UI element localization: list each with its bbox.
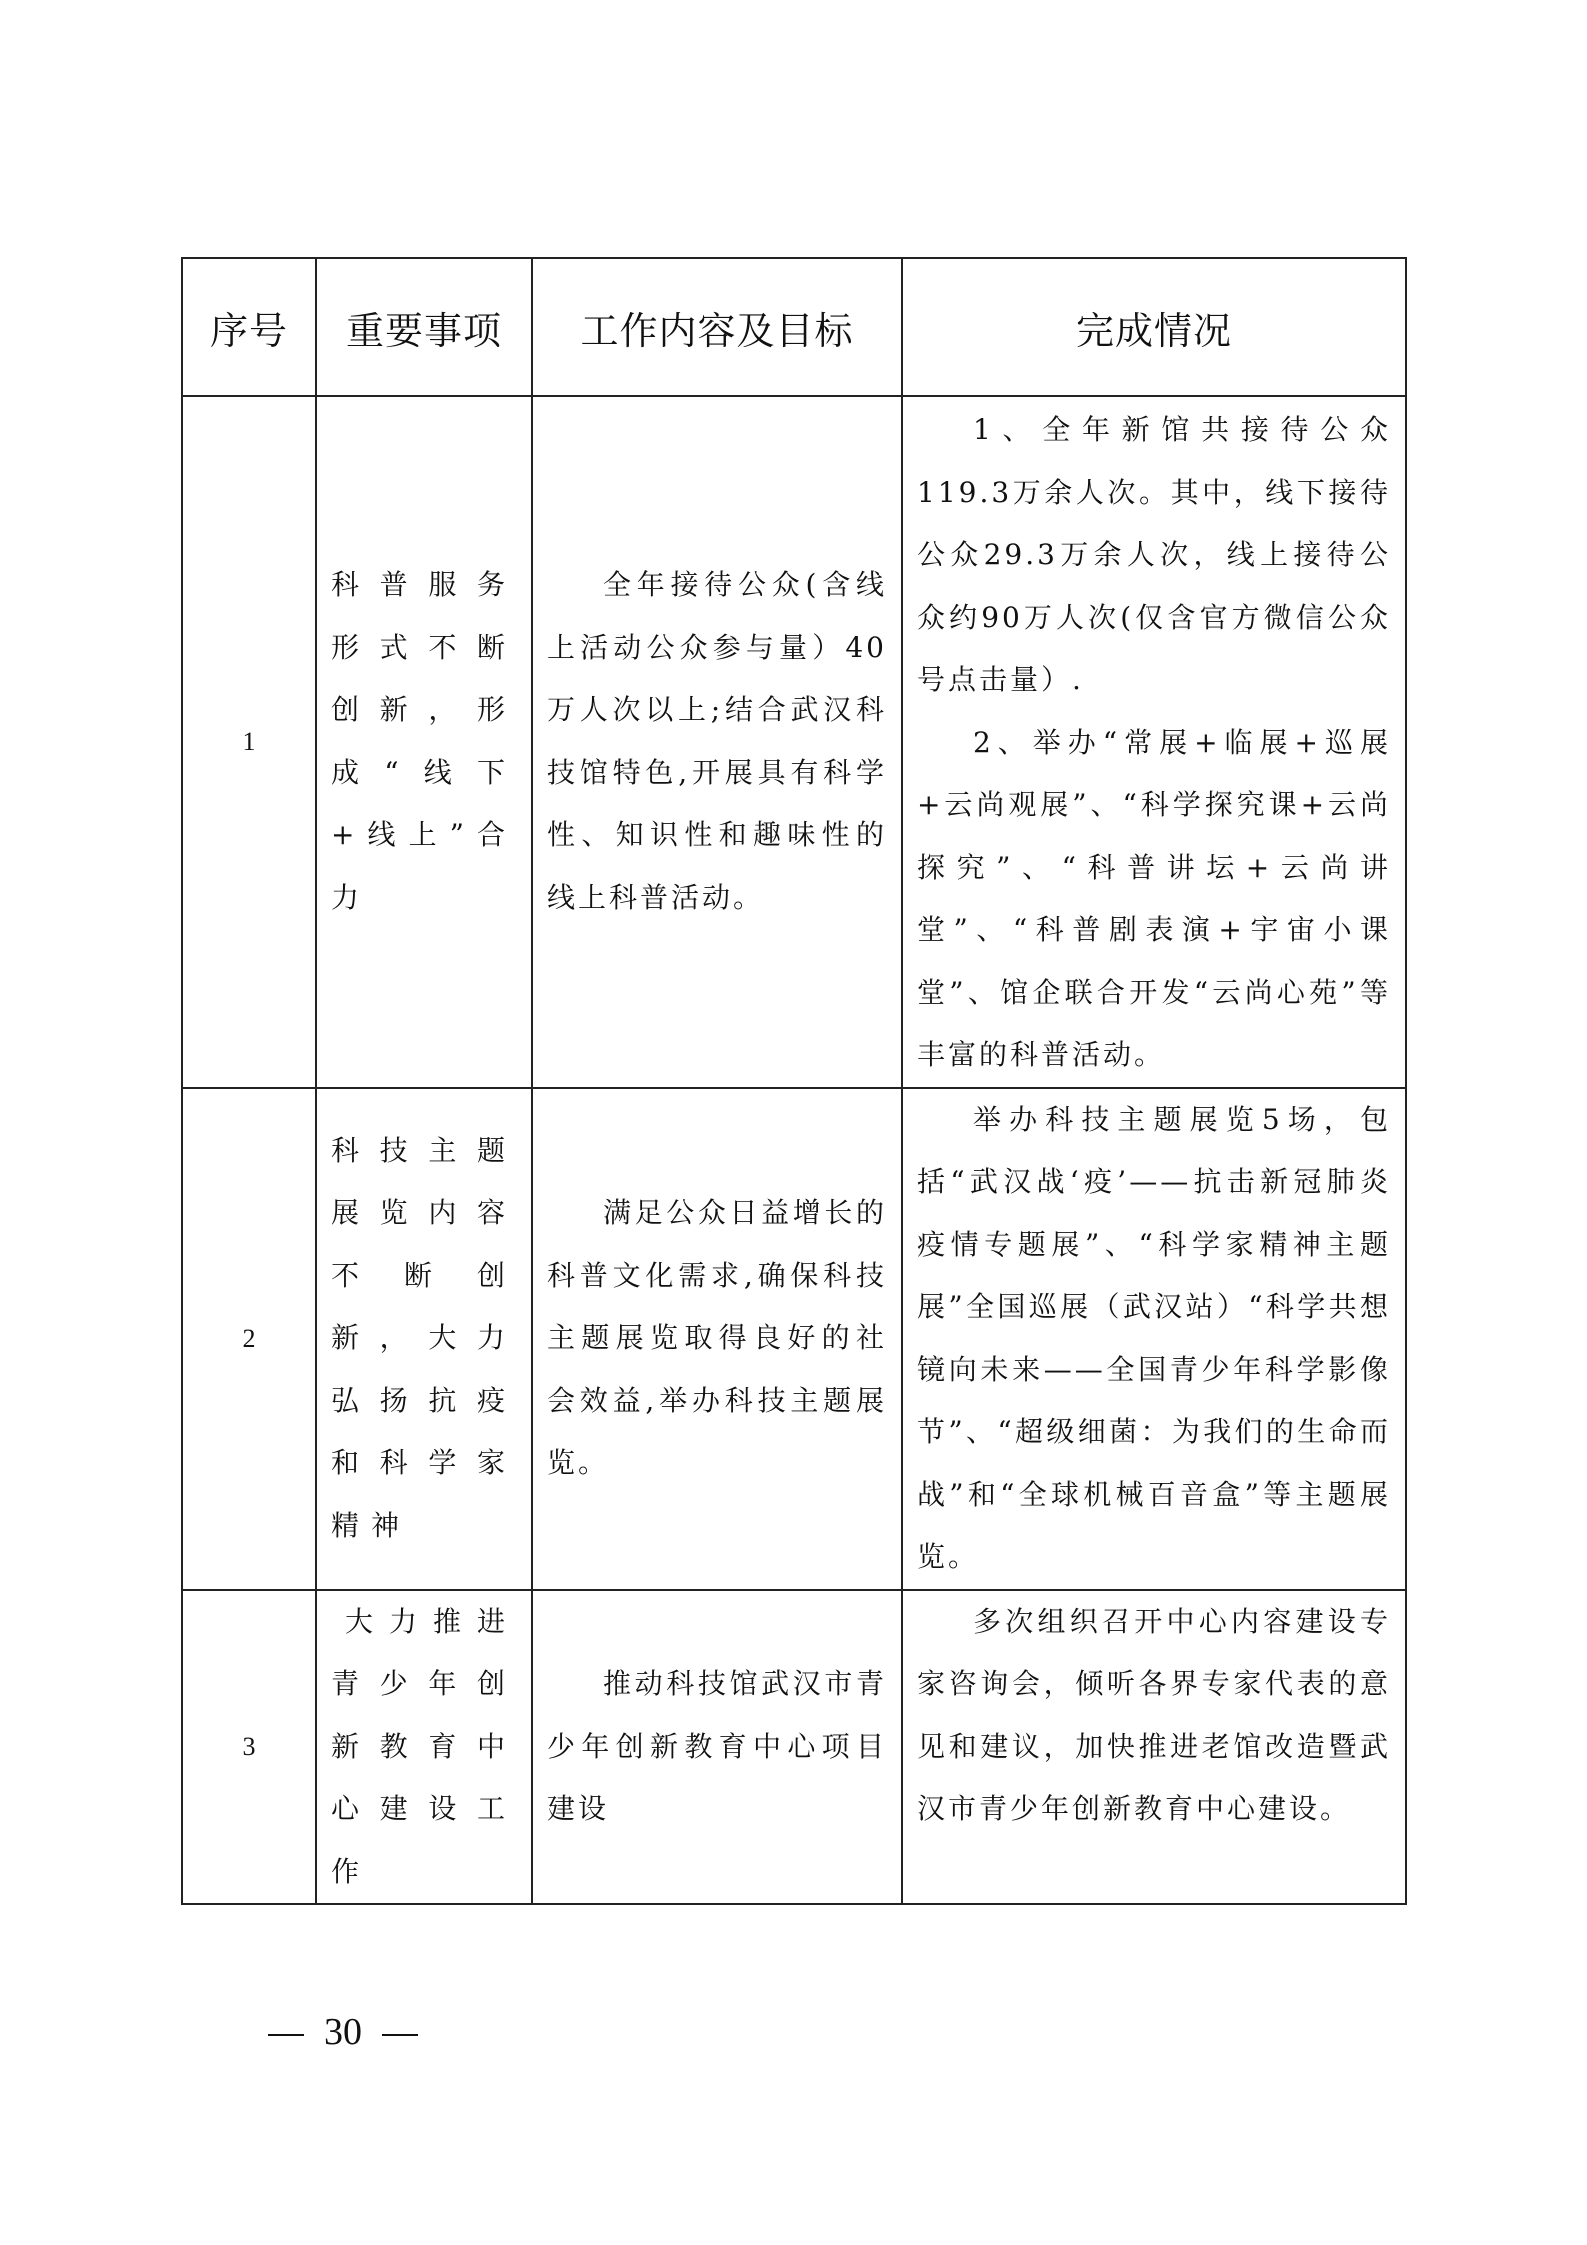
dash-right xyxy=(382,2034,418,2036)
page-number: 30 xyxy=(248,2010,438,2054)
status-paragraph: 举办科技主题展览5场，包括“武汉战‘疫’——抗击新冠肺炎疫情专题展”、“科学家精… xyxy=(917,1089,1391,1589)
row-status: 1、全年新馆共接待公众119.3万余人次。其中，线下接待公众29.3万余人次，线… xyxy=(902,396,1406,1088)
row-goal: 全年接待公众(含线上活动公众参与量）40万人次以上;结合武汉科技馆特色,开展具有… xyxy=(532,396,902,1088)
row-item: 大力推进青少年创新教育中心建设工作 xyxy=(316,1590,532,1905)
status-paragraph: 多次组织召开中心内容建设专家咨询会，倾听各界专家代表的意见和建议，加快推进老馆改… xyxy=(917,1591,1391,1841)
row-number: 3 xyxy=(182,1590,316,1905)
table-header-row: 序号 重要事项 工作内容及目标 完成情况 xyxy=(182,258,1406,396)
status-paragraph: 2、举办“常展+临展+巡展+云尚观展”、“科学探究课+云尚探究”、“科普讲坛+云… xyxy=(917,712,1391,1087)
work-summary-table: 序号 重要事项 工作内容及目标 完成情况 1 科普服务形式不断创新，形成“线下+… xyxy=(181,257,1407,1905)
row-item: 科普服务形式不断创新，形成“线下+线上”合力 xyxy=(316,396,532,1088)
row-status: 举办科技主题展览5场，包括“武汉战‘疫’——抗击新冠肺炎疫情专题展”、“科学家精… xyxy=(902,1088,1406,1590)
row-item: 科技主题展览内容不断创新，大力弘扬抗疫和科学家精神 xyxy=(316,1088,532,1590)
row-goal: 推动科技馆武汉市青少年创新教育中心项目建设 xyxy=(532,1590,902,1905)
row-goal: 满足公众日益增长的科普文化需求,确保科技主题展览取得良好的社会效益,举办科技主题… xyxy=(532,1088,902,1590)
header-status: 完成情况 xyxy=(902,258,1406,396)
dash-left xyxy=(268,2034,304,2036)
row-number: 2 xyxy=(182,1088,316,1590)
status-paragraph: 1、全年新馆共接待公众119.3万余人次。其中，线下接待公众29.3万余人次，线… xyxy=(917,399,1391,712)
table-row: 2 科技主题展览内容不断创新，大力弘扬抗疫和科学家精神 满足公众日益增长的科普文… xyxy=(182,1088,1406,1590)
table-row: 3 大力推进青少年创新教育中心建设工作 推动科技馆武汉市青少年创新教育中心项目建… xyxy=(182,1590,1406,1905)
row-number: 1 xyxy=(182,396,316,1088)
header-item: 重要事项 xyxy=(316,258,532,396)
header-goal: 工作内容及目标 xyxy=(532,258,902,396)
row-status: 多次组织召开中心内容建设专家咨询会，倾听各界专家代表的意见和建议，加快推进老馆改… xyxy=(902,1590,1406,1905)
header-no: 序号 xyxy=(182,258,316,396)
table-row: 1 科普服务形式不断创新，形成“线下+线上”合力 全年接待公众(含线上活动公众参… xyxy=(182,396,1406,1088)
